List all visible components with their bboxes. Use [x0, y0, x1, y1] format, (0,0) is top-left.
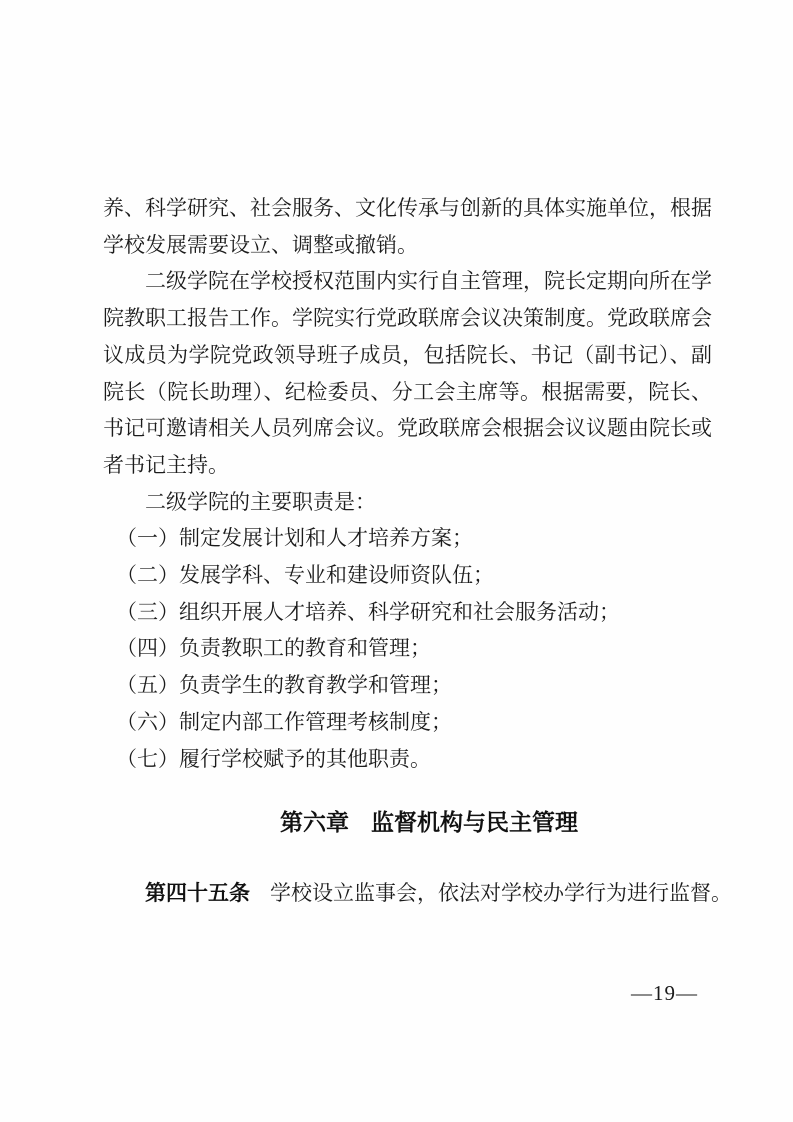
article-text: 学校设立监事会，依法对学校办学行为进行监督。: [270, 881, 732, 905]
chapter-heading: 第六章监督机构与民主管理: [103, 804, 712, 841]
duty-item-4: （四）负责教职工的教育和管理；: [103, 630, 712, 667]
duty-item-1: （一）制定发展计划和人才培养方案；: [103, 520, 712, 557]
article-45-paragraph: 第四十五条学校设立监事会，依法对学校办学行为进行监督。: [103, 875, 712, 913]
article-number-label: 第四十五条: [145, 882, 250, 905]
text-line: 者书记主持。: [103, 447, 712, 484]
chapter-title: 监督机构与民主管理: [371, 809, 578, 835]
text-line-continuation: 养、科学研究、社会服务、文化传承与创新的具体实施单位，根据: [103, 190, 712, 227]
text-line: 学校发展需要设立、调整或撤销。: [103, 227, 712, 264]
duty-item-3: （三）组织开展人才培养、科学研究和社会服务活动；: [103, 594, 712, 631]
text-line: 院教职工报告工作。学院实行党政联席会议决策制度。党政联席会: [103, 300, 712, 337]
text-line: 议成员为学院党政领导班子成员，包括院长、书记（副书记）、副: [103, 337, 712, 374]
chapter-label: 第六章: [280, 809, 349, 835]
body-text-block: 养、科学研究、社会服务、文化传承与创新的具体实施单位，根据 学校发展需要设立、调…: [103, 190, 712, 777]
duties-intro-line: 二级学院的主要职责是：: [103, 484, 712, 521]
duty-item-5: （五）负责学生的教育教学和管理；: [103, 667, 712, 704]
page-number: —19—: [631, 980, 698, 1006]
document-page: 养、科学研究、社会服务、文化传承与创新的具体实施单位，根据 学校发展需要设立、调…: [0, 0, 793, 1122]
text-line: 院长（院长助理）、纪检委员、分工会主席等。根据需要，院长、: [103, 374, 712, 411]
text-line: 书记可邀请相关人员列席会议。党政联席会根据会议议题由院长或: [103, 410, 712, 447]
duty-item-2: （二）发展学科、专业和建设师资队伍；: [103, 557, 712, 594]
text-line-paragraph-start: 二级学院在学校授权范围内实行自主管理，院长定期向所在学: [103, 263, 712, 300]
duty-item-6: （六）制定内部工作管理考核制度；: [103, 704, 712, 741]
duty-item-7: （七）履行学校赋予的其他职责。: [103, 741, 712, 778]
